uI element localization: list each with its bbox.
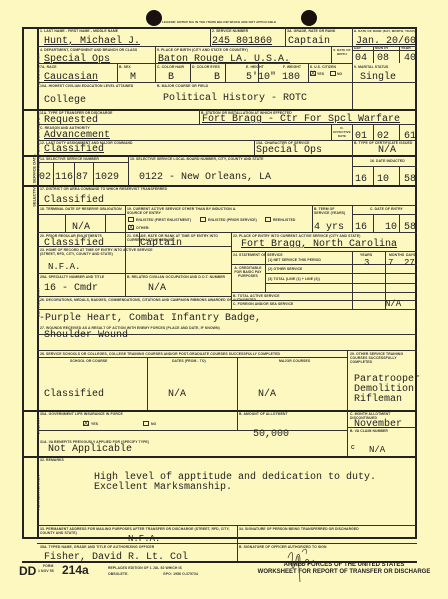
net-service-years[interactable]: 3 [364, 258, 369, 269]
officer-name-label: 35a. TYPED NAME, GRADE AND TITLE OF AUTH… [40, 545, 154, 549]
department-label: 4. DEPARTMENT, COMPONENT AND BRANCH OR C… [40, 48, 137, 52]
service-number-label: 2. SERVICE NUMBER [212, 29, 248, 33]
punch-hole-left [146, 10, 162, 26]
major-value[interactable]: Political History - ROTC [163, 93, 307, 104]
school-major-value[interactable]: N/A [258, 389, 276, 400]
home-record-label: 23. HOME OF RECORD AT TIME OF ENTRY INTO… [40, 248, 160, 256]
department-value[interactable]: Special Ops [44, 54, 110, 65]
race-value[interactable]: Caucasian [44, 72, 98, 83]
replaces-note: REPLACES EDITION OF 1 JUL 52 WHICH IS [108, 566, 182, 570]
weight-value[interactable]: 180 [282, 72, 300, 83]
schools-col-major: MAJOR COURSES [279, 359, 310, 363]
school-value[interactable]: Classified [44, 389, 104, 400]
statement-col-days: DAYS [406, 253, 416, 257]
ss-number-part-2[interactable]: 116 [55, 172, 73, 183]
character-value[interactable]: Special Ops [256, 145, 322, 156]
ss-number-part-3[interactable]: 87 [76, 172, 88, 183]
related-civilian-value[interactable]: N/A [148, 283, 166, 294]
citizen-label: 8. U.S. CITIZEN [310, 65, 336, 69]
dob-day-label: DAY [354, 46, 361, 50]
schools-label: 28. SERVICE SCHOOLS OR COLLEGES, COLLEGE… [40, 352, 280, 356]
weight-label: f. WEIGHT [283, 65, 301, 69]
name-label: 1. LAST NAME - FIRST NAME - MIDDLE NAME [40, 29, 118, 33]
citizen-no-checkbox[interactable] [330, 71, 336, 76]
permanent-address-value[interactable]: N.F.A. [128, 534, 160, 545]
citizen-yes-label: YES [317, 72, 324, 76]
inducted-day[interactable]: 16 [355, 174, 367, 185]
form-label: FORM [43, 564, 53, 568]
decorations-label: 26. DECORATIONS, MEDALS, BADGES, COMMEND… [40, 298, 256, 302]
citizen-no-label: NO [337, 72, 342, 76]
home-record-value[interactable]: N.F.A. [48, 262, 80, 273]
service-number-value[interactable]: 245 801860 [212, 36, 272, 47]
ss-number-label: 14. SELECTIVE SERVICE NUMBER [40, 157, 99, 161]
enlisted-prior-checkbox[interactable] [200, 217, 206, 222]
insurance-no-checkbox[interactable] [143, 421, 149, 426]
insurance-no-label: NO [151, 422, 156, 426]
effective-date-label: d. EFFECTIVE DATE [333, 126, 351, 138]
enlisted-prior-label: ENLISTED (Prior Service) [208, 218, 257, 222]
sex-label: b. SEX [119, 65, 131, 69]
entry-day[interactable]: 16 [355, 222, 367, 233]
date-of-birth-label: 6. DATE OF BIRTH [333, 48, 351, 56]
enlisted-first-checkbox[interactable] [128, 217, 134, 222]
enlisted-first-label: ENLISTED (First Enlistment) [136, 218, 191, 222]
eyes-label: d. COLOR EYES [192, 65, 220, 69]
ss-number-part-1[interactable]: 02 [39, 172, 51, 183]
dob-year[interactable]: 40 [404, 53, 416, 64]
hair-value[interactable]: B [168, 72, 174, 83]
transfer-type-value[interactable]: Requested [44, 115, 98, 126]
insurance-label: 30a. GOVERNMENT LIFE INSURANCE IN FORCE [40, 412, 123, 416]
insurance-yes-checkbox[interactable]: X [83, 421, 89, 426]
statement-col-years: YEARS [360, 253, 372, 257]
remarks-label: 32. REMARKS [40, 458, 64, 462]
district-label: 17. DISTRICT OR AREA COMMAND TO WHICH RE… [40, 187, 167, 191]
education-value[interactable]: College [44, 95, 86, 106]
major-label: b. MAJOR COURSE OR FIELD [157, 84, 208, 88]
creditable-label: a. CREDITABLE FOR BASIC PAY PURPOSES [233, 266, 263, 278]
net-service-days[interactable]: 27 [404, 258, 415, 269]
foreign-sea-label: c. FOREIGN AND/OR SEA SERVICE [233, 302, 293, 306]
related-civilian-label: b. RELATED CIVILIAN OCCUPATION AND D.O.T… [127, 275, 227, 279]
school-dates-value[interactable]: N/A [168, 389, 186, 400]
form-number: 214a [62, 563, 89, 577]
decorations-value[interactable]: -Purple Heart, Combat Infantry Badge, [39, 313, 261, 324]
allotment-amount-label: b. AMOUNT OF ALLOTMENT [239, 412, 288, 416]
training-line-3[interactable]: Rifleman [354, 394, 402, 405]
va-benefits-value[interactable]: Not Applicable [48, 444, 132, 455]
other-training-label: 29. OTHER SERVICE TRAINING COURSES SUCCE… [350, 352, 414, 364]
sex-value[interactable]: M [130, 72, 136, 83]
gpo-note: GPO: 1956 O-375734 [163, 572, 198, 576]
entry-month[interactable]: 10 [385, 222, 397, 233]
ss-number-part-4[interactable]: 1029 [95, 172, 119, 183]
race-label: 7a. RACE [40, 65, 57, 69]
name-value[interactable]: Hunt, Michael J. [44, 36, 140, 47]
section-personal-data: PERSONAL DATA [36, 31, 41, 111]
dob-year-label: YEAR [401, 46, 411, 50]
specialty-label: 25a. SPECIALTY NUMBER AND TITLE [40, 275, 104, 279]
section-authentication: AUTHENTICATION [36, 453, 41, 533]
local-board-value[interactable]: 0122 - New Orleans, LA [139, 172, 271, 183]
obsolete-note: OBSOLETE. [108, 572, 129, 576]
other-label: OTHER: [136, 226, 150, 230]
district-value[interactable]: Classified [44, 195, 104, 206]
grade-label: 3a. GRADE, RATE OR RANK [287, 29, 335, 33]
terminal-date-value[interactable]: N/A [72, 222, 90, 233]
entry-year[interactable]: 58 [404, 222, 416, 233]
station-value[interactable]: Fort Bragg - Ctr For Spcl Warfare [202, 114, 400, 125]
place-entry-value[interactable]: Fort Bragg, North Carolina [241, 239, 397, 250]
total-line-label: (3) TOTAL (Line (1) + line (2)) [268, 277, 320, 281]
statement-col-months: MONTHS [389, 253, 404, 257]
other-checkbox[interactable]: X [128, 225, 134, 230]
signature-person-label: 34. SIGNATURE OF PERSON BEING TRANSFERRE… [239, 527, 359, 531]
reason-value[interactable]: Advancement [44, 130, 110, 141]
inducted-year[interactable]: 58 [404, 174, 416, 185]
legend-note: LEGEND: Enter N/A in the items below whi… [162, 20, 276, 24]
specialty-value[interactable]: 16 - Cmdr [44, 283, 98, 294]
reenlisted-checkbox[interactable] [265, 217, 271, 222]
form-title-line-2: WORKSHEET FOR REPORT OF TRANSFER OR DISC… [244, 569, 444, 576]
certificate-value[interactable]: N/A [378, 145, 396, 156]
term-label: b. TERM OF SERVICE (Years) [314, 207, 350, 215]
form-dd: DD [19, 564, 36, 578]
form-title-line-1: ARMED FORCES OF THE UNITED STATES [244, 562, 444, 569]
place-of-birth-label: 5. PLACE OF BIRTH (City and State or Cou… [157, 48, 248, 52]
reenlisted-label: REENLISTED [273, 218, 295, 222]
schools-col-school: SCHOOL OR COURSE [70, 359, 108, 363]
dob-day[interactable]: 04 [355, 53, 367, 64]
eyes-value[interactable]: B [214, 72, 220, 83]
place-entry-label: 22. PLACE OF ENTRY INTO CURRENT ACTIVE S… [233, 234, 360, 238]
date-inducted-label: 16. DATE INDUCTED [370, 159, 405, 163]
date-entry-label: c. DATE OF ENTRY [370, 207, 403, 211]
terminal-date-label: 18. TERMINAL DATE OF RESERVE OBLIGATION [40, 207, 122, 211]
wounds-value[interactable]: Shoulder Wound [44, 330, 128, 341]
marital-label: 9. MARITAL STATUS [354, 65, 388, 69]
section-selective-service: SELECTIVE SERVICE DATA [32, 141, 37, 221]
hair-label: c. COLOR HAIR [157, 65, 184, 69]
schools-col-dates: DATES (From - To) [172, 359, 206, 363]
remarks-line-2[interactable]: Excellent Marksmanship. [94, 482, 232, 493]
allotment-amount-value[interactable]: 50,000 [253, 429, 289, 440]
dob-month[interactable]: 08 [377, 53, 389, 64]
marital-value[interactable]: Single [360, 72, 396, 83]
source-entry-label: 19. CURRENT ACTIVE SERVICE OTHER THAN BY… [127, 207, 247, 215]
height-label: e. HEIGHT [246, 65, 264, 69]
insurance-yes-label: YES [91, 422, 98, 426]
local-board-label: 15. SELECTIVE SERVICE LOCAL BOARD NUMBER… [130, 157, 264, 161]
date-of-rank-label: b. DATE OF RANK (Day, Month, Year) [354, 29, 415, 33]
va-claim-prefix: C [351, 446, 355, 450]
va-claim-value[interactable]: N/A [369, 445, 385, 456]
education-label: 10a. HIGHEST CIVILIAN EDUCATION LEVEL AT… [40, 84, 150, 88]
inducted-month[interactable]: 10 [377, 174, 389, 185]
citizen-yes-checkbox[interactable]: X [310, 71, 316, 76]
height-value[interactable]: 5'10" [246, 72, 276, 83]
other-service-label: (2) OTHER SERVICE [268, 267, 302, 271]
last-duty-value[interactable]: Classified [44, 144, 104, 155]
net-service-months[interactable]: 7 [388, 258, 393, 269]
va-claim-label: b. VA CLAIM NUMBER [350, 429, 388, 433]
term-value[interactable]: 4 yrs [314, 222, 344, 233]
punch-hole-right [301, 10, 317, 26]
statement-label: 24. STATEMENT OF SERVICE [233, 253, 283, 257]
form-date: 1 NOV 55 [38, 569, 54, 573]
net-service-label: (1) NET SERVICE THIS PERIOD [268, 258, 321, 262]
dob-month-label: MONTH [375, 46, 388, 50]
grade-value[interactable]: Captain [288, 36, 330, 47]
